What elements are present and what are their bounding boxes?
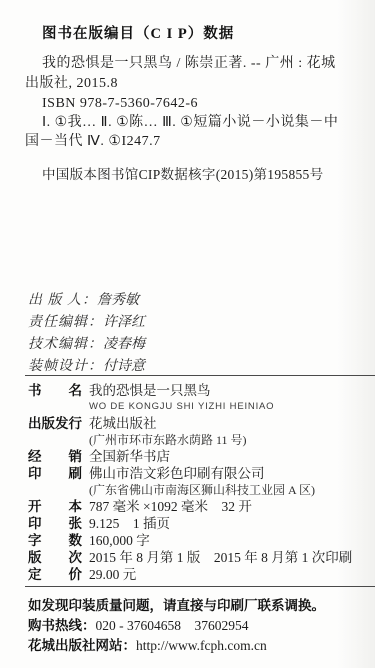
credit-row-publisher: 出 版 人：詹秀敏 [28, 290, 145, 312]
hotline-numbers: 020 - 37604658 37602954 [96, 618, 249, 633]
pub-label: 出版发行 [28, 415, 83, 432]
pub-row-word-count: 字 数160,000 字 [28, 532, 369, 549]
pub-value: 花城出版社 [89, 416, 157, 431]
pub-row-printer: 印 刷佛山市浩文彩色印刷有限公司 [28, 465, 369, 482]
printer-address: (广东省佛山市南海区狮山科技工业园 A 区) [89, 482, 369, 498]
pub-row-sheets: 印 张9.125 1 插页 [28, 515, 369, 532]
isbn: ISBN 978-7-5360-7642-6 [25, 94, 367, 114]
pub-value: 29.00 元 [89, 567, 136, 582]
pub-label: 经 销 [28, 448, 83, 465]
quality-notice: 如发现印装质量问题，请直接与印刷厂联系调换。 [28, 596, 325, 616]
classification-line-2: 国－当代 Ⅳ. ①I247.7 [25, 132, 367, 151]
pub-label: 书 名 [28, 382, 83, 399]
pub-value: 全国新华书店 [89, 449, 170, 464]
website-url: http://www.fcph.com.cn [136, 638, 267, 653]
pub-label: 字 数 [28, 532, 83, 549]
quality-notice-text: 如发现印装质量问题，请直接与印刷厂联系调换。 [28, 598, 325, 613]
pub-value: 160,000 字 [89, 533, 150, 548]
publication-info: 书 名我的恐惧是一只黑鸟 WO DE KONGJU SHI YIZHI HEIN… [28, 382, 369, 583]
copyright-page: 图书在版编目（C I P）数据 我的恐惧是一只黑鸟 / 陈崇正著. -- 广州 … [0, 0, 375, 668]
credit-value: 凌春梅 [103, 337, 145, 352]
classification-line-1: Ⅰ. ①我… Ⅱ. ①陈… Ⅲ. ①短篇小说－小说集－中 [25, 113, 367, 132]
pub-row-publisher: 出版发行花城出版社 [28, 415, 369, 432]
pub-row-price: 定 价29.00 元 [28, 566, 369, 583]
pub-row-book-title: 书 名我的恐惧是一只黑鸟 [28, 382, 369, 399]
cip-record: 我的恐惧是一只黑鸟 / 陈崇正著. -- 广州 : 花城 出版社, 2015.8… [25, 54, 367, 114]
pub-row-format: 开 本787 毫米 ×1092 毫米 32 开 [28, 498, 369, 515]
pub-row-edition: 版 次2015 年 8 月第 1 版 2015 年 8 月第 1 次印刷 [28, 549, 369, 566]
credit-value: 许泽红 [103, 315, 145, 330]
pub-value: 2015 年 8 月第 1 版 2015 年 8 月第 1 次印刷 [89, 550, 352, 565]
pub-value: 佛山市浩文彩色印刷有限公司 [89, 466, 265, 481]
pub-row-distributor: 经 销全国新华书店 [28, 448, 369, 465]
website-label: 花城出版社网站： [28, 638, 136, 653]
footer-notes: 如发现印装质量问题，请直接与印刷厂联系调换。 购书热线：020 - 376046… [28, 596, 325, 656]
divider-top [25, 375, 375, 376]
cip-header: 图书在版编目（C I P）数据 [42, 22, 234, 43]
hotline: 购书热线：020 - 37604658 37602954 [28, 616, 325, 636]
credit-value: 詹秀敏 [97, 293, 139, 308]
publisher-address: (广州市环市东路水荫路 11 号) [89, 432, 369, 448]
pub-label: 印 张 [28, 515, 83, 532]
cip-classification: Ⅰ. ①我… Ⅱ. ①陈… Ⅲ. ①短篇小说－小说集－中 国－当代 Ⅳ. ①I2… [25, 113, 367, 151]
cip-verification-number: 中国版本图书馆CIP数据核字(2015)第195855号 [42, 163, 323, 183]
credit-row-technical-editor: 技术编辑：凌春梅 [28, 334, 145, 356]
book-title-pinyin: WO DE KONGJU SHI YIZHI HEINIAO [89, 399, 369, 415]
cip-record-line-1: 我的恐惧是一只黑鸟 / 陈崇正著. -- 广州 : 花城 [25, 54, 367, 74]
credit-value: 付诗意 [103, 359, 145, 374]
pub-value: 9.125 1 插页 [89, 516, 170, 531]
hotline-label: 购书热线： [28, 618, 96, 633]
staff-credits: 出 版 人：詹秀敏 责任编辑：许泽红 技术编辑：凌春梅 装帧设计：付诗意 [28, 290, 145, 378]
credit-label: 责任编辑： [28, 315, 103, 330]
pub-value: 787 毫米 ×1092 毫米 32 开 [89, 499, 252, 514]
credit-label: 出 版 人： [28, 293, 97, 308]
pub-label: 定 价 [28, 566, 83, 583]
pub-label: 开 本 [28, 498, 83, 515]
divider-bottom [25, 586, 375, 587]
credit-label: 技术编辑： [28, 337, 103, 352]
pub-label: 版 次 [28, 549, 83, 566]
credit-row-editor: 责任编辑：许泽红 [28, 312, 145, 334]
pub-label: 印 刷 [28, 465, 83, 482]
website: 花城出版社网站：http://www.fcph.com.cn [28, 636, 325, 656]
pub-value: 我的恐惧是一只黑鸟 [89, 383, 211, 398]
credit-label: 装帧设计： [28, 359, 103, 374]
cip-record-line-2: 出版社, 2015.8 [25, 74, 367, 94]
